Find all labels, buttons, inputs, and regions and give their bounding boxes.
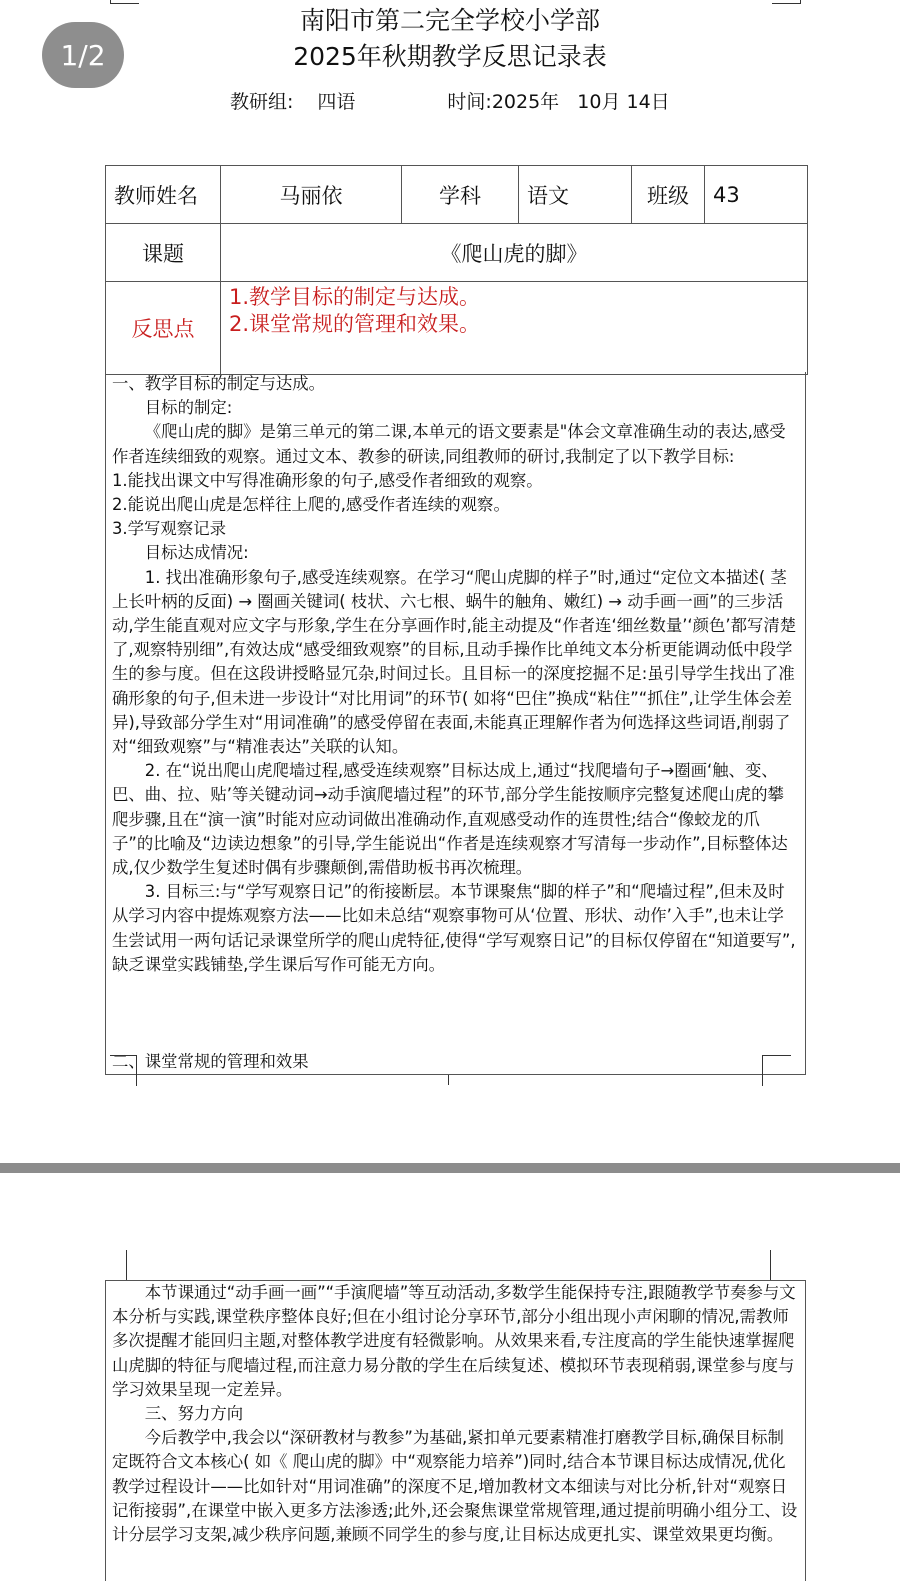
table-row: 反思点 1.教学目标的制定与达成。 2.课堂常规的管理和效果。 (106, 282, 808, 375)
reflection-point: 1.教学目标的制定与达成。 (229, 284, 799, 311)
goal-item: 3.学写观察记录 (112, 517, 799, 541)
section-heading: 三、努力方向 (112, 1402, 799, 1426)
subheading: 目标的制定: (112, 396, 799, 420)
teacher-value: 马丽依 (221, 166, 402, 224)
meta-line: 教研组:四语时间:2025年 10月 14日 (230, 88, 670, 116)
goal-item: 2.能说出爬山虎是怎样往上爬的,感受作者连续的观察。 (112, 493, 799, 517)
paragraph: 3. 目标三:与“学写观察日记”的衔接断层。本节课聚焦“脚的样子”和“爬墙过程”… (112, 880, 799, 977)
section-heading: 一、教学目标的制定与达成。 (112, 372, 799, 396)
reflection-label: 反思点 (106, 282, 221, 375)
teacher-label: 教师姓名 (106, 166, 221, 224)
school-name: 南阳市第二完全学校小学部 (0, 4, 900, 38)
page-separator (0, 1163, 900, 1173)
reflection-points: 1.教学目标的制定与达成。 2.课堂常规的管理和效果。 (221, 282, 808, 375)
crop-mark (448, 1075, 449, 1085)
section-heading: 二、课堂常规的管理和效果 (112, 1050, 309, 1074)
crop-mark (110, 1055, 137, 1086)
crop-mark (762, 1055, 791, 1086)
time-label: 时间: (447, 88, 491, 116)
reflection-body: 一、教学目标的制定与达成。 目标的制定: 《爬山虎的脚》是第三单元的第二课,本单… (105, 372, 806, 1075)
document-page-1: 南阳市第二完全学校小学部 2025年秋期教学反思记录表 教研组:四语时间:202… (0, 0, 900, 1163)
reflection-body-continued: 本节课通过“动手画一画”“手演爬墙”等互动活动,多数学生能保持专注,跟随教学节奏… (105, 1280, 806, 1581)
group-label: 教研组: (230, 88, 293, 116)
crop-mark (770, 1250, 771, 1280)
paragraph: 《爬山虎的脚》是第三单元的第二课,本单元的语文要素是"体会文章准确生动的表达,感… (112, 420, 799, 468)
subheading: 目标达成情况: (112, 541, 799, 565)
page-indicator-badge: 1/2 (42, 22, 124, 88)
reflection-point: 2.课堂常规的管理和效果。 (229, 311, 799, 338)
paragraph: 1. 找出准确形象句子,感受连续观察。在学习“爬山虎脚的样子”时,通过“定位文本… (112, 566, 799, 760)
document-title: 2025年秋期教学反思记录表 (0, 40, 900, 74)
topic-label: 课题 (106, 224, 221, 282)
time-value: 2025年 10月 14日 (492, 88, 670, 116)
class-label: 班级 (632, 166, 705, 224)
paragraph: 本节课通过“动手画一画”“手演爬墙”等互动活动,多数学生能保持专注,跟随教学节奏… (112, 1281, 799, 1402)
group-value: 四语 (317, 88, 355, 116)
table-row: 教师姓名 马丽依 学科 语文 班级 43 (106, 166, 808, 224)
goal-item: 1.能找出课文中写得准确形象的句子,感受作者细致的观察。 (112, 469, 799, 493)
info-table: 教师姓名 马丽依 学科 语文 班级 43 课题 《爬山虎的脚》 反思点 1.教学… (105, 165, 808, 375)
subject-label: 学科 (402, 166, 519, 224)
paragraph: 2. 在“说出爬山虎爬墙过程,感受连续观察”目标达成上,通过“找爬墙句子→圈画‘… (112, 759, 799, 880)
paragraph: 今后教学中,我会以“深研教材与教参”为基础,紧扣单元要素精准打磨教学目标,确保目… (112, 1426, 799, 1547)
topic-value: 《爬山虎的脚》 (221, 224, 808, 282)
class-value: 43 (705, 166, 808, 224)
subject-value: 语文 (519, 166, 632, 224)
crop-mark (126, 1250, 127, 1280)
table-row: 课题 《爬山虎的脚》 (106, 224, 808, 282)
